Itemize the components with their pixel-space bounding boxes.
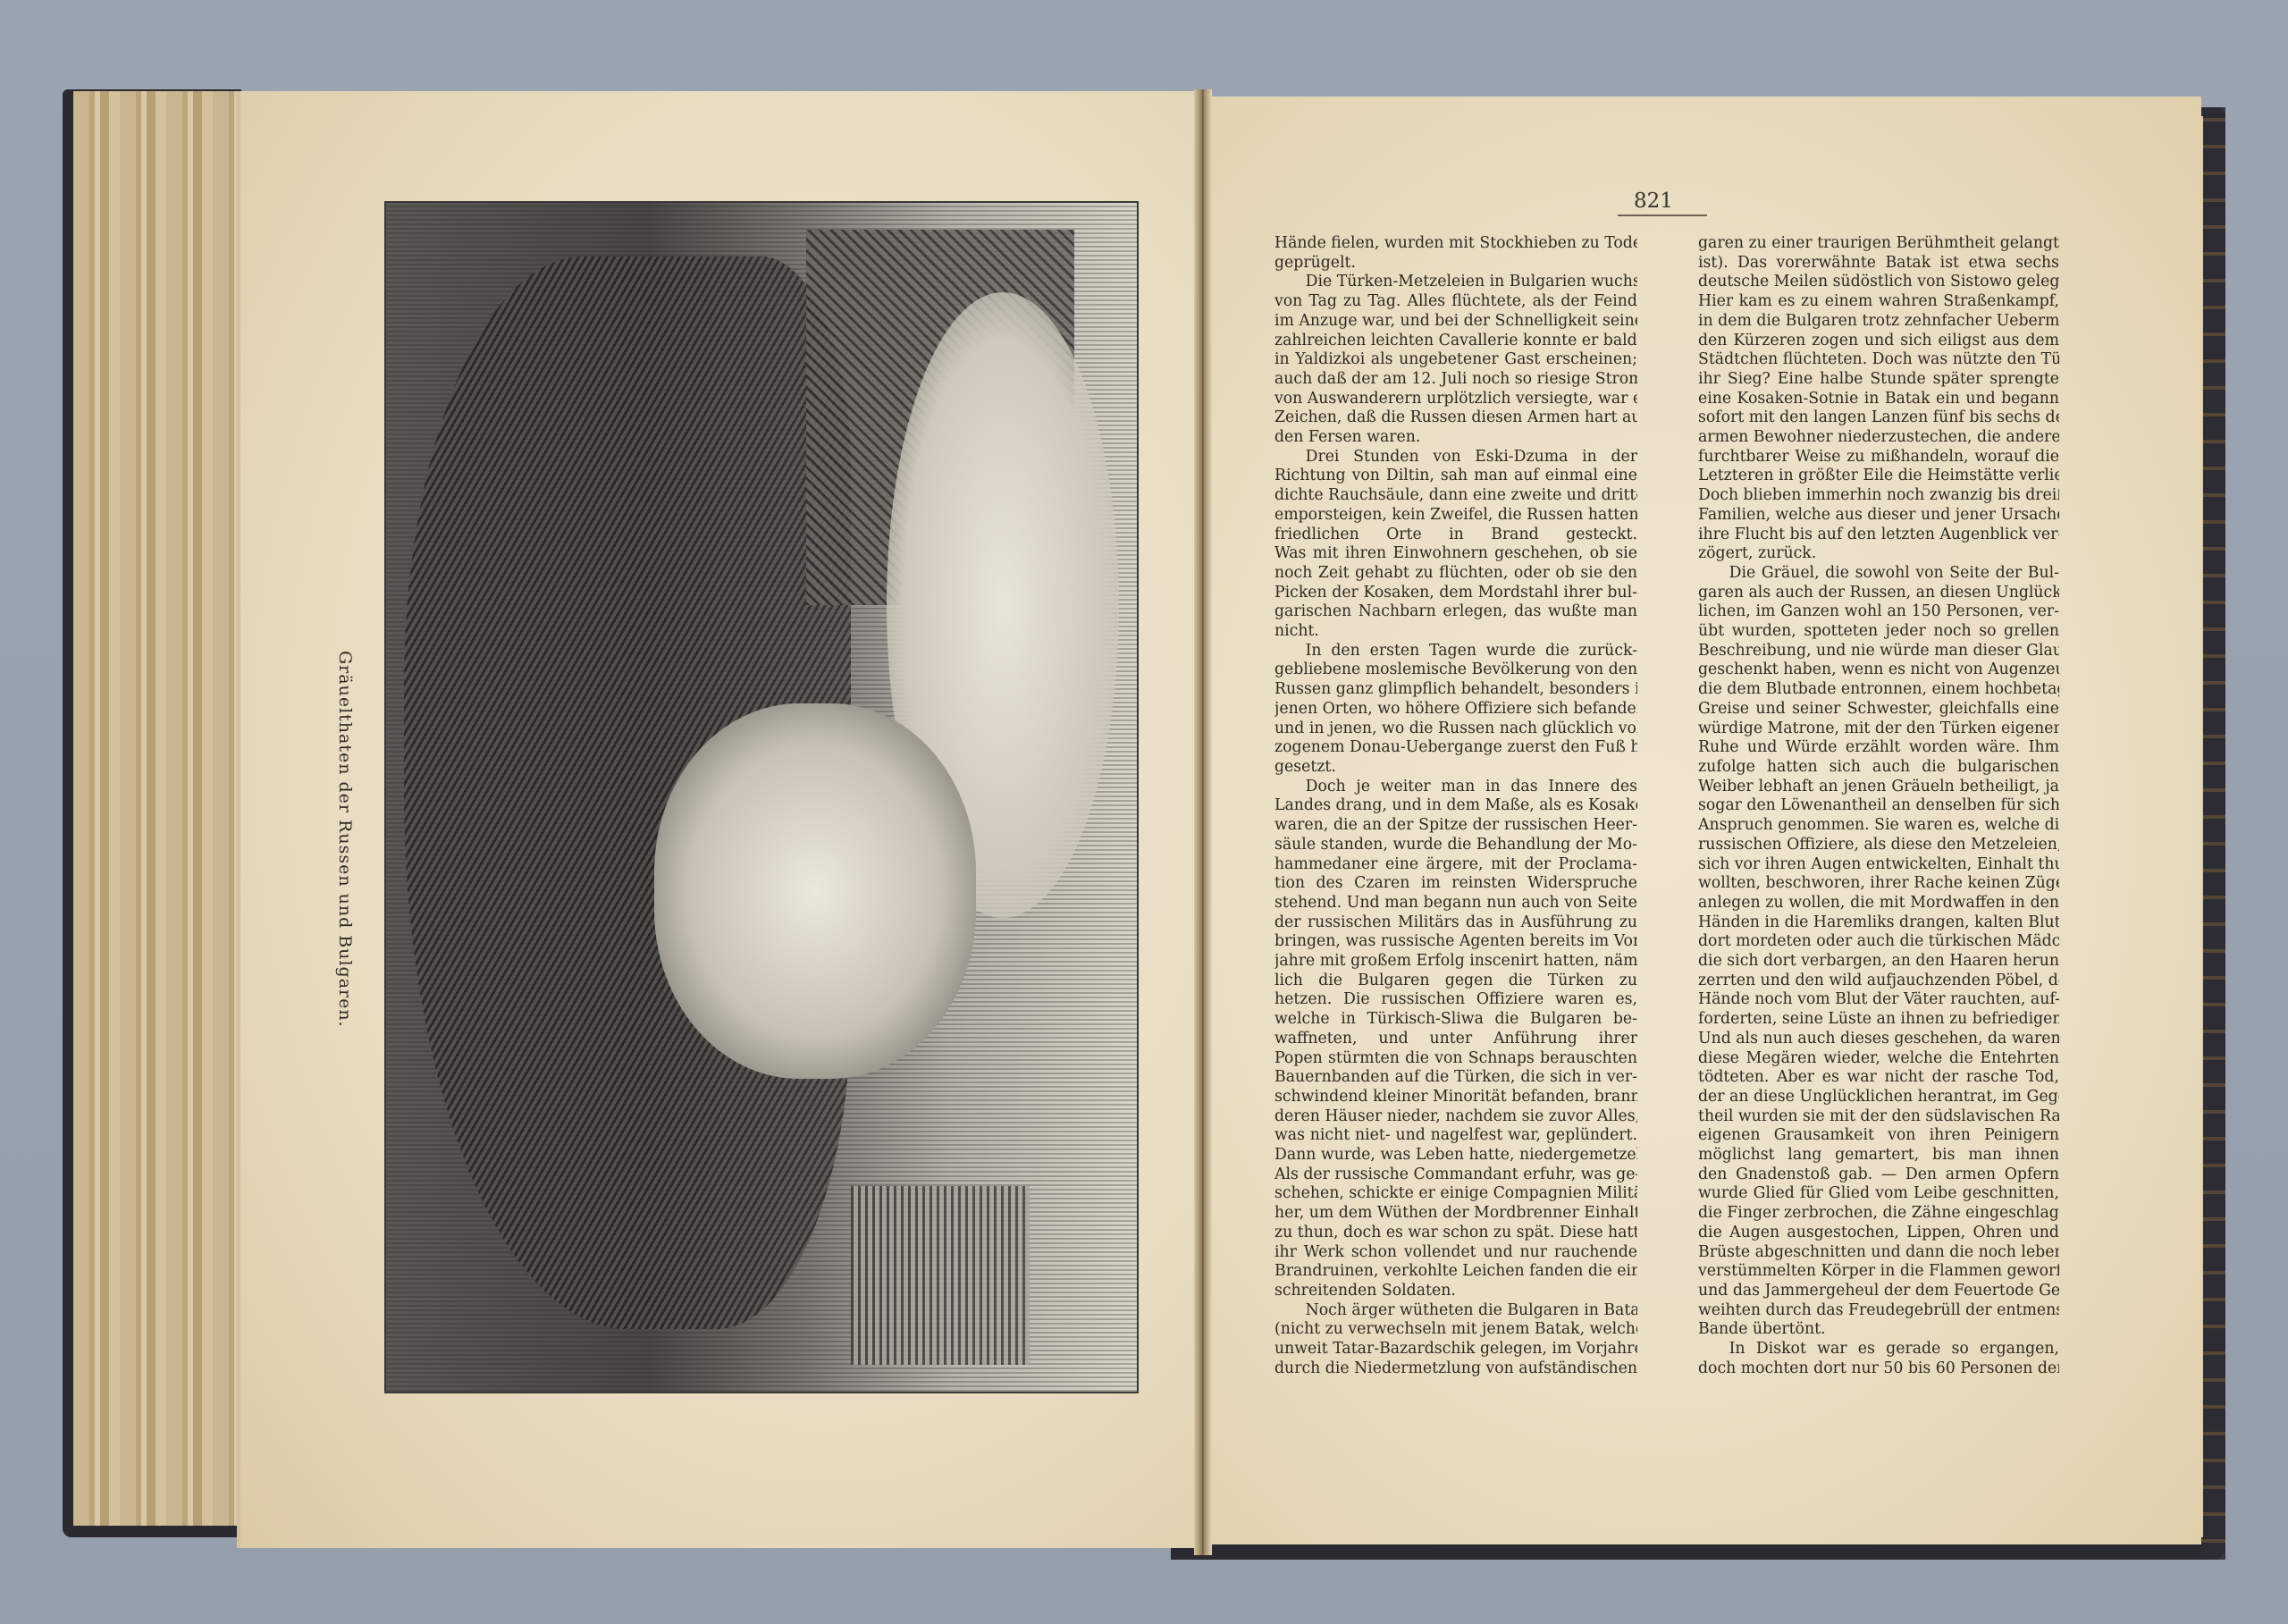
text-line: geschenkt haben, wenn es nicht von Augen…	[1698, 661, 2059, 680]
text-line: russischen Offiziere, als diese den Metz…	[1698, 836, 2059, 855]
text-line: Doch je weiter man in das Innere des	[1274, 778, 1637, 797]
text-line: den Kürzeren zogen und sich eiligst aus …	[1698, 332, 2059, 351]
text-line: armen Bewohner niederzustechen, die ande…	[1698, 428, 2059, 448]
text-line: theil wurden sie mit der den südslavisch…	[1698, 1107, 2059, 1127]
text-line: Weiber lebhaft an jenen Gräueln betheili…	[1698, 778, 2059, 797]
text-line: bringen, was russische Agenten bereits i…	[1274, 932, 1637, 952]
text-line: von Auswanderern urplötzlich versiegte, …	[1274, 390, 1637, 409]
text-line: weihten durch das Freudegebrüll der entm…	[1698, 1301, 2059, 1321]
paragraph: Drei Stunden von Eski-Dzuma in derRichtu…	[1274, 448, 1637, 642]
text-line: und in jenen, wo die Russen nach glückli…	[1274, 719, 1637, 739]
text-line: Zeichen, daß die Russen diesen Armen har…	[1274, 408, 1637, 428]
text-line: Russen ganz glimpflich behandelt, besond…	[1274, 680, 1637, 700]
text-line: Bauernbanden auf die Türken, die sich in…	[1274, 1068, 1637, 1088]
text-line: Die Türken-Metzeleien in Bulgarien wuchs…	[1274, 273, 1637, 292]
text-line: zerrten und den wild aufjauchzenden Pöbe…	[1698, 972, 2059, 991]
page-block-fore-edge-left	[73, 91, 254, 1526]
text-line: (nicht zu verwechseln mit jenem Batak, w…	[1274, 1320, 1637, 1340]
text-line: geprügelt.	[1274, 254, 1637, 273]
text-line: schreitenden Soldaten.	[1274, 1282, 1637, 1301]
text-line: jahre mit großem Erfolg inscenirt hatten…	[1274, 952, 1637, 972]
paragraph: Die Türken-Metzeleien in Bulgarien wuchs…	[1274, 273, 1637, 447]
text-line: In den ersten Tagen wurde die zurück-	[1274, 642, 1637, 661]
text-line: Und als nun auch dieses geschehen, da wa…	[1698, 1030, 2059, 1049]
text-line: und das Jammergeheul der dem Feuertode G…	[1698, 1282, 2059, 1301]
text-line: ihr Werk schon vollendet und nur rauchen…	[1274, 1243, 1637, 1263]
text-line: Richtung von Diltin, sah man auf einmal …	[1274, 467, 1637, 486]
text-line: Hier kam es zu einem wahren Straßenkampf…	[1698, 292, 2059, 312]
text-line: Als der russische Commandant erfuhr, was…	[1274, 1165, 1637, 1185]
text-line: hammedaner eine ärgere, mit der Proclama…	[1274, 855, 1637, 875]
text-line: waffneten, und unter Anführung ihrer	[1274, 1030, 1637, 1049]
text-line: Picken der Kosaken, dem Mordstahl ihrer …	[1274, 584, 1637, 603]
text-line: Was mit ihren Einwohnern geschehen, ob s…	[1274, 544, 1637, 564]
text-line: sogar den Löwenantheil an denselben für …	[1698, 796, 2059, 816]
text-line: der an diese Unglücklichen herantrat, im…	[1698, 1088, 2059, 1107]
text-line: die dem Blutbade entronnen, einem hochbe…	[1698, 680, 2059, 700]
text-line: Hände fielen, wurden mit Stockhieben zu …	[1274, 234, 1637, 254]
paragraph: Die Gräuel, die sowohl von Seite der Bul…	[1698, 564, 2059, 1340]
illustration-caption: Gräuelthaten der Russen und Bulgaren.	[319, 651, 355, 972]
text-line: tödteten. Aber es war nicht der rasche T…	[1698, 1068, 2059, 1088]
text-line: verstümmelten Körper in die Flammen gewo…	[1698, 1262, 2059, 1282]
text-line: Hände noch vom Blut der Väter rauchten, …	[1698, 990, 2059, 1010]
text-line: garischen Nachbarn erlegen, das wußte ma…	[1274, 602, 1637, 622]
text-line: waren, die an der Spitze der russischen …	[1274, 816, 1637, 836]
text-line: eigenen Grausamkeit von ihren Peinigern	[1698, 1126, 2059, 1146]
text-line: Anspruch genommen. Sie waren es, welche …	[1698, 816, 2059, 836]
text-line: die Finger zerbrochen, die Zähne eingesc…	[1698, 1204, 2059, 1224]
text-line: tion des Czaren im reinsten Widerspruche	[1274, 874, 1637, 894]
text-line: möglichst lang gemartert, bis man ihnen	[1698, 1146, 2059, 1165]
text-line: Städtchen flüchteten. Doch was nützte de…	[1698, 350, 2059, 370]
paragraph: Hände fielen, wurden mit Stockhieben zu …	[1274, 234, 1637, 273]
text-line: gebliebene moslemische Bevölkerung von d…	[1274, 661, 1637, 680]
text-line: Familien, welche aus dieser und jener Ur…	[1698, 506, 2059, 526]
covered-wagon	[654, 703, 976, 1079]
text-line: deren Häuser nieder, nachdem sie zuvor A…	[1274, 1107, 1637, 1127]
engraving-illustration	[384, 201, 1139, 1393]
text-line: garen zu einer traurigen Berühmtheit gel…	[1698, 234, 2059, 254]
text-line: von Tag zu Tag. Alles flüchtete, als der…	[1274, 292, 1637, 312]
text-line: Bande übertönt.	[1698, 1320, 2059, 1340]
text-line: zufolge hatten sich auch die bulgarische…	[1698, 758, 2059, 778]
text-line: anlegen zu wollen, die mit Mordwaffen in…	[1698, 894, 2059, 913]
text-line: Noch ärger wütheten die Bulgaren in Bata…	[1274, 1301, 1637, 1321]
text-line: Doch blieben immerhin noch zwanzig bis d…	[1698, 486, 2059, 506]
text-line: diese Megären wieder, welche die Entehrt…	[1698, 1049, 2059, 1069]
text-line: hetzen. Die russischen Offiziere waren e…	[1274, 990, 1637, 1010]
text-line: her, um dem Wüthen der Mordbrenner Einha…	[1274, 1204, 1637, 1224]
text-line: garen als auch der Russen, an diesen Ung…	[1698, 584, 2059, 603]
text-line: im Anzuge war, und bei der Schnelligkeit…	[1274, 312, 1637, 332]
text-line: ihre Flucht bis auf den letzten Augenbli…	[1698, 526, 2059, 545]
text-line: gesetzt.	[1274, 758, 1637, 778]
text-line: forderten, seine Lüste an ihnen zu befri…	[1698, 1010, 2059, 1030]
text-line: was nicht niet- und nagelfest war, geplü…	[1274, 1126, 1637, 1146]
text-line: zögert, zurück.	[1698, 544, 2059, 564]
text-line: dichte Rauchsäule, dann eine zweite und …	[1274, 486, 1637, 506]
text-line: emporsteigen, kein Zweifel, die Russen h…	[1274, 506, 1637, 526]
text-line: unweit Tatar-Bazardschik gelegen, im Vor…	[1274, 1340, 1637, 1359]
text-line: wurde Glied für Glied vom Leibe geschnit…	[1698, 1184, 2059, 1204]
text-line: säule standen, wurde die Behandlung der …	[1274, 836, 1637, 855]
text-line: schehen, schickte er einige Compagnien M…	[1274, 1184, 1637, 1204]
paragraph: In den ersten Tagen wurde die zurück-geb…	[1274, 642, 1637, 778]
text-line: Die Gräuel, die sowohl von Seite der Bul…	[1698, 564, 2059, 584]
text-line: die sich dort verbargen, an den Haaren h…	[1698, 952, 2059, 972]
text-column-left: Hände fielen, wurden mit Stockhieben zu …	[1274, 234, 1637, 1378]
text-line: noch Zeit gehabt zu flüchten, oder ob si…	[1274, 564, 1637, 584]
paragraph: Noch ärger wütheten die Bulgaren in Bata…	[1274, 1301, 1637, 1379]
text-line: zogenem Donau-Uebergange zuerst den Fuß …	[1274, 738, 1637, 758]
text-line: Popen stürmten die von Schnaps berauscht…	[1274, 1049, 1637, 1069]
text-line: Letzteren in größter Eile die Heimstätte…	[1698, 467, 2059, 486]
text-line: würdige Matrone, mit der den Türken eige…	[1698, 719, 2059, 739]
text-line: Brüste abgeschnitten und dann die noch l…	[1698, 1243, 2059, 1263]
text-line: Drei Stunden von Eski-Dzuma in der	[1274, 448, 1637, 467]
text-line: auch daß der am 12. Juli noch so riesige…	[1274, 370, 1637, 390]
paragraph: garen zu einer traurigen Berühmtheit gel…	[1698, 234, 2059, 564]
book-gutter	[1194, 89, 1212, 1555]
page-number: 821	[1634, 189, 1673, 213]
text-line: Brandruinen, verkohlte Leichen fanden di…	[1274, 1262, 1637, 1282]
text-line: eine Kosaken-Sotnie in Batak ein und beg…	[1698, 390, 2059, 409]
text-line: nicht.	[1274, 622, 1637, 642]
text-line: ihr Sieg? Eine halbe Stunde später spren…	[1698, 370, 2059, 390]
text-line: dort mordeten oder auch die türkischen M…	[1698, 932, 2059, 952]
text-line: den Gnadenstoß gab. — Den armen Opfern	[1698, 1165, 2059, 1185]
text-line: zahlreichen leichten Cavallerie konnte e…	[1274, 332, 1637, 351]
text-line: Ruhe und Würde erzählt worden wäre. Ihm	[1698, 738, 2059, 758]
text-line: Händen in die Haremliks drangen, kalten …	[1698, 913, 2059, 933]
text-line: Landes drang, und in dem Maße, als es Ko…	[1274, 796, 1637, 816]
text-line: in dem die Bulgaren trotz zehnfacher Ueb…	[1698, 312, 2059, 332]
text-line: In Diskot war es gerade so ergangen,	[1698, 1340, 2059, 1359]
text-line: deutsche Meilen südöstlich von Sistowo g…	[1698, 273, 2059, 292]
paragraph: In Diskot war es gerade so ergangen,doch…	[1698, 1340, 2059, 1378]
text-column-right: garen zu einer traurigen Berühmtheit gel…	[1698, 234, 2059, 1378]
text-line: stehend. Und man begann nun auch von Sei…	[1274, 894, 1637, 913]
header-rule	[1618, 215, 1707, 216]
text-line: welche in Türkisch-Sliwa die Bulgaren be…	[1274, 1010, 1637, 1030]
text-line: den Fersen waren.	[1274, 428, 1637, 448]
text-line: die Augen ausgestochen, Lippen, Ohren un…	[1698, 1224, 2059, 1243]
text-line: sofort mit den langen Lanzen fünf bis se…	[1698, 408, 2059, 428]
text-line: jenen Orten, wo höhere Offiziere sich be…	[1274, 700, 1637, 719]
text-line: in Yaldizkoi als ungebetener Gast ersche…	[1274, 350, 1637, 370]
text-line: Beschreibung, und nie würde man dieser G…	[1698, 642, 2059, 661]
text-line: doch mochten dort nur 50 bis 60 Personen…	[1698, 1359, 2059, 1379]
text-line: Dann wurde, was Leben hatte, niedergemet…	[1274, 1146, 1637, 1165]
paragraph: Doch je weiter man in das Innere desLand…	[1274, 778, 1637, 1301]
text-line: durch die Niedermetzlung von aufständisc…	[1274, 1359, 1637, 1379]
text-line: friedlichen Orte in Brand gesteckt.	[1274, 526, 1637, 545]
text-line: Greise und seiner Schwester, gleichfalls…	[1698, 700, 2059, 719]
text-line: ist). Das vorerwähnte Batak ist etwa sec…	[1698, 254, 2059, 273]
text-line: der russischen Militärs das in Ausführun…	[1274, 913, 1637, 933]
text-line: zu thun, doch es war schon zu spät. Dies…	[1274, 1224, 1637, 1243]
text-line: sich vor ihren Augen entwickelten, Einha…	[1698, 855, 2059, 875]
text-line: schwindend kleiner Minorität befanden, b…	[1274, 1088, 1637, 1107]
text-line: furchtbarer Weise zu mißhandeln, worauf …	[1698, 448, 2059, 467]
text-line: wollten, beschworen, ihrer Rache keinen …	[1698, 874, 2059, 894]
text-line: lich die Bulgaren gegen die Türken zu	[1274, 972, 1637, 991]
church-domes	[851, 1186, 1030, 1365]
text-line: lichen, im Ganzen wohl an 150 Personen, …	[1698, 602, 2059, 622]
text-line: übt wurden, spotteten jeder noch so grel…	[1698, 622, 2059, 642]
